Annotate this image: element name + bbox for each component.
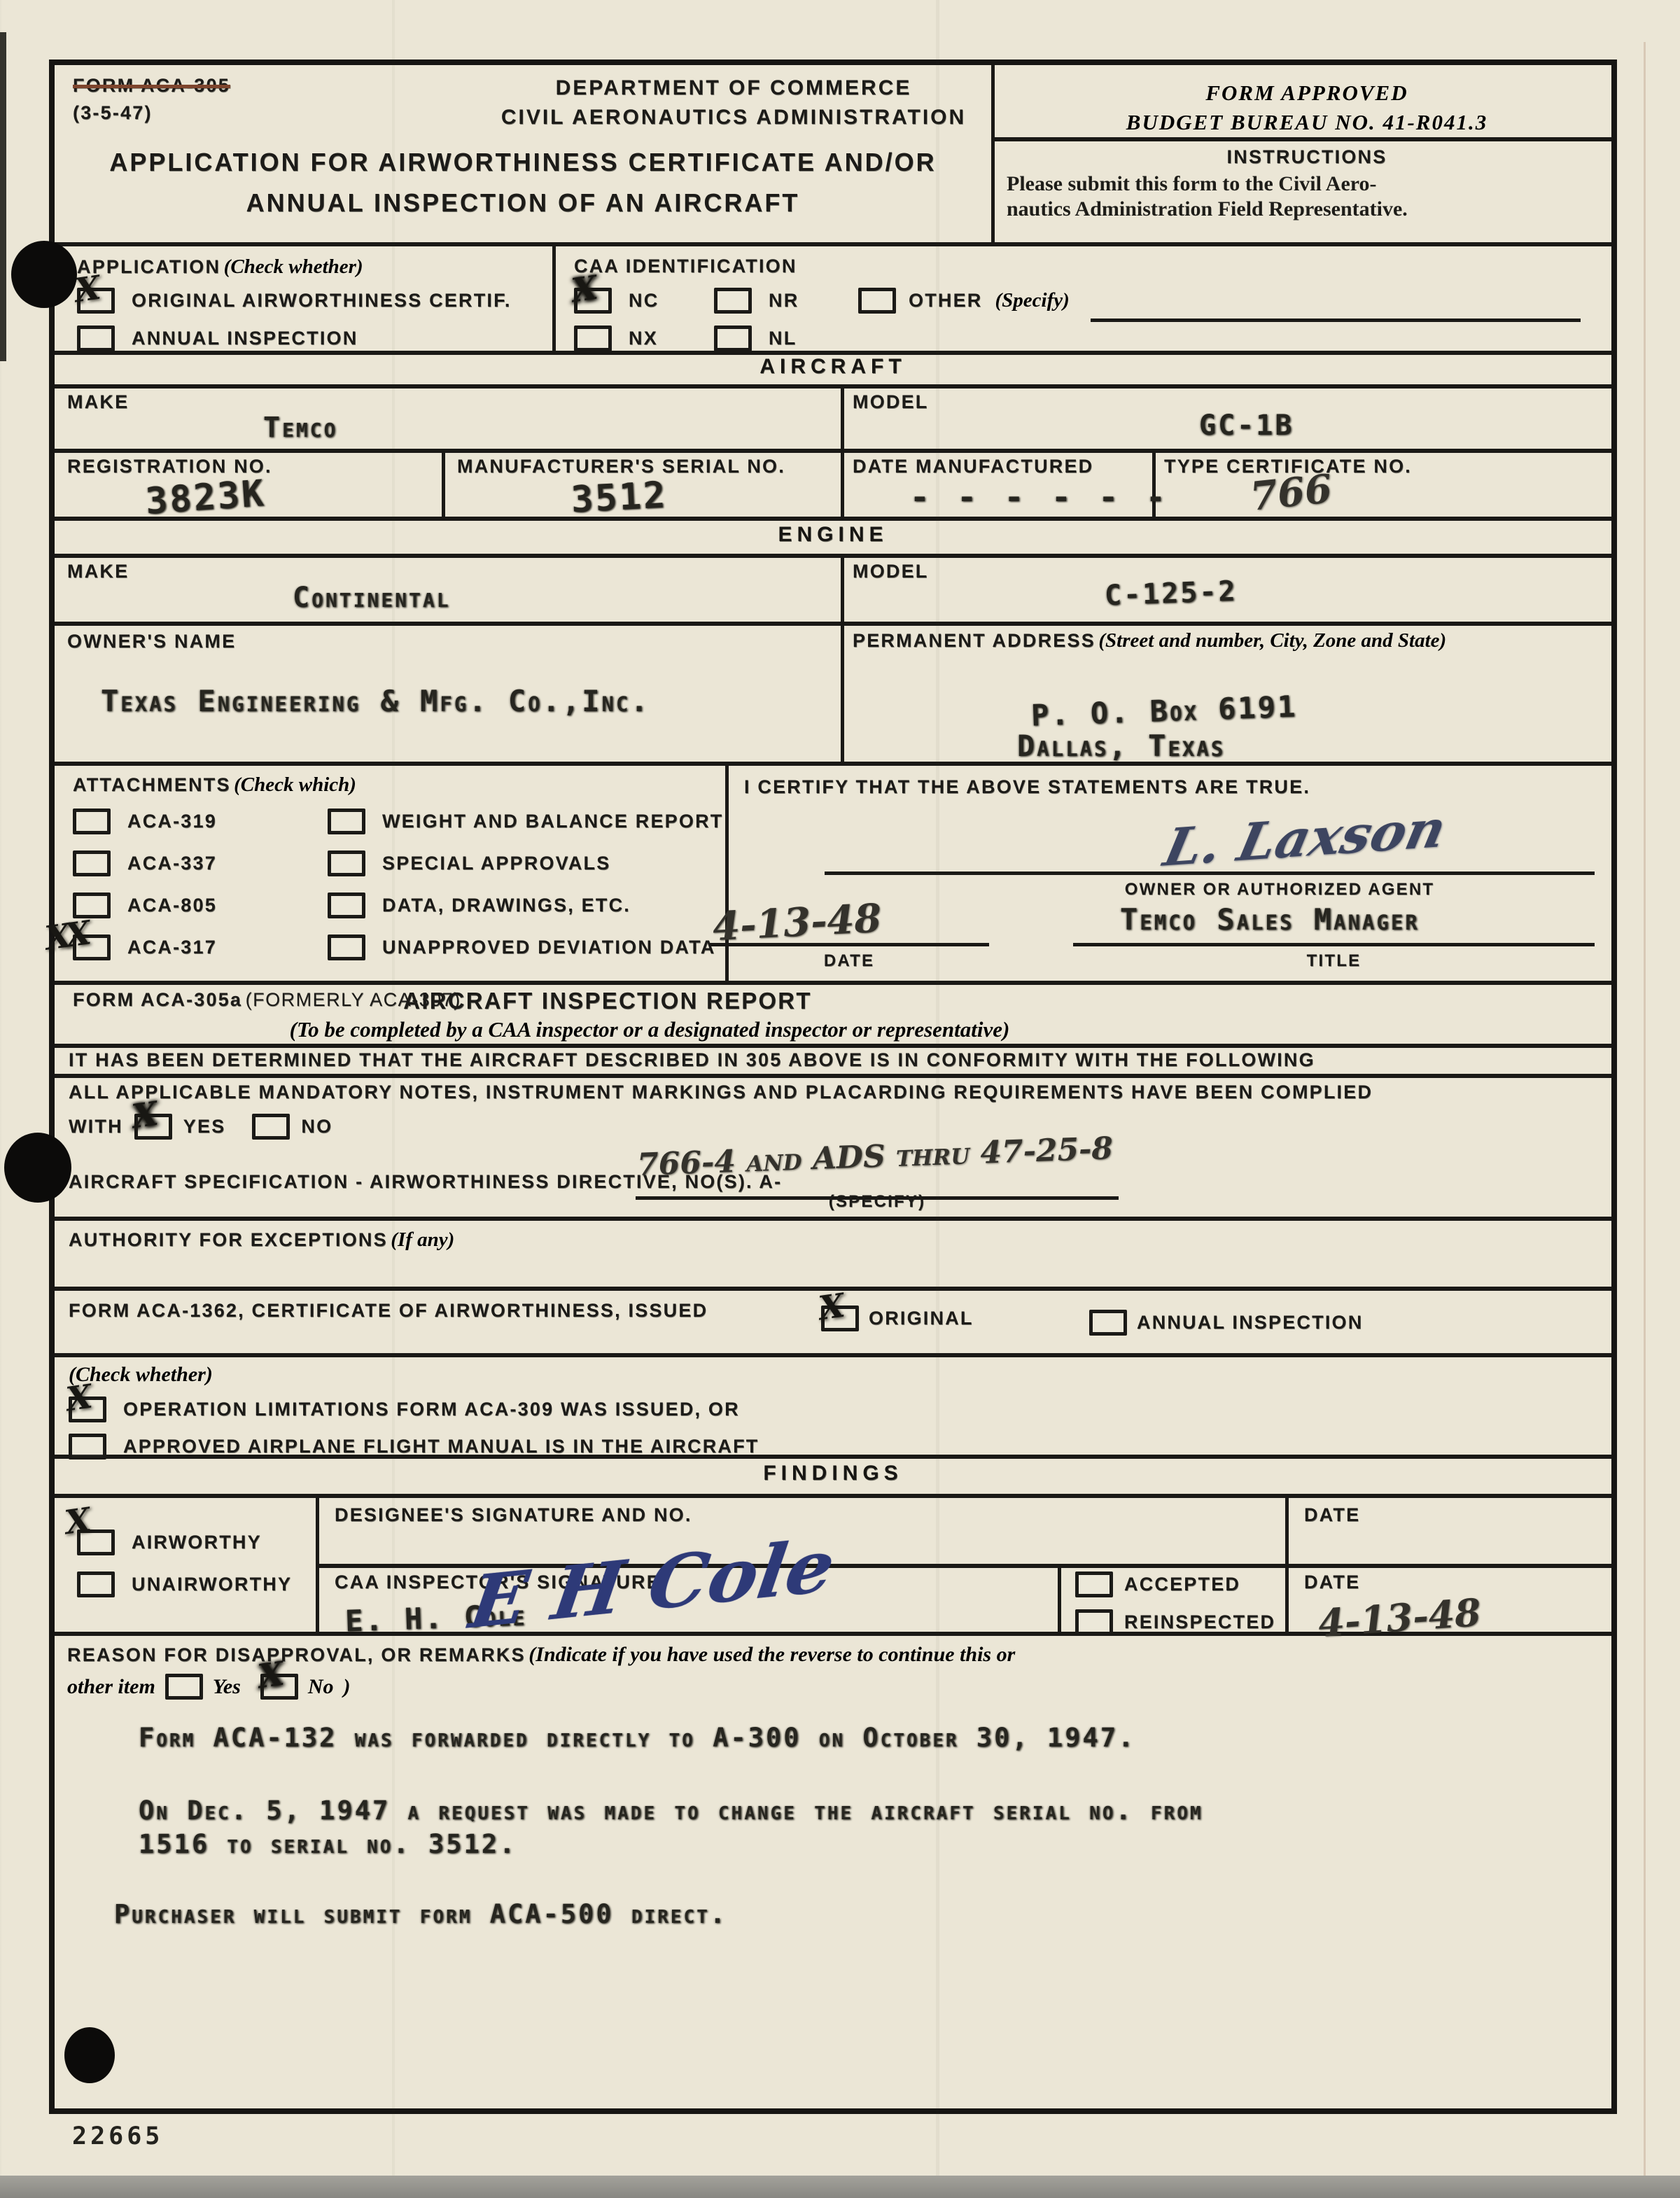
hole-punch [64, 2027, 115, 2083]
check-mark: X [130, 1098, 160, 1134]
serial-value: 3512 [570, 474, 668, 521]
form-title-line-1: APPLICATION FOR AIRWORTHINESS CERTIFICAT… [55, 148, 991, 177]
remarks-note-2: other item [67, 1675, 155, 1699]
remarks-note-1: (Indicate if you have used the reverse t… [528, 1643, 1015, 1666]
option-nx: NX [574, 325, 658, 351]
option-nr: NR [714, 288, 799, 314]
option-original-1362: X ORIGINAL [821, 1305, 974, 1331]
divider [55, 1353, 1611, 1357]
option-annual-1362: ANNUAL INSPECTION [1089, 1310, 1363, 1336]
checkbox: X [134, 1114, 172, 1140]
yes-label: Yes [213, 1675, 241, 1699]
form-revision-date: (3-5-47) [73, 102, 230, 124]
instructions-title: INSTRUCTIONS [991, 146, 1623, 168]
inspection-report-title: AIRCRAFT INSPECTION REPORT [321, 988, 895, 1014]
divider [316, 1494, 319, 1632]
divider [55, 384, 1611, 388]
permanent-address-label: PERMANENT ADDRESS (Street and number, Ci… [853, 629, 1602, 652]
option-flight-manual: APPROVED AIRPLANE FLIGHT MANUAL IS IN TH… [69, 1434, 759, 1459]
checkbox [714, 288, 752, 314]
owner-name-label: OWNER'S NAME [67, 631, 236, 652]
form-number-block: FORM ACA-305 (3-5-47) [73, 75, 230, 124]
signature-line [825, 871, 1595, 875]
option-airworthy: X AIRWORTHY [77, 1529, 262, 1555]
owner-name-value: Texas Engineering & Mfg. Co.,Inc. [101, 684, 650, 718]
option-label: ORIGINAL AIRWORTHINESS CERTIF. [132, 290, 512, 311]
divider [55, 622, 1611, 626]
checkbox [1089, 1310, 1127, 1336]
checkbox: XX [73, 934, 111, 960]
option-label: REINSPECTED [1124, 1611, 1275, 1633]
inspection-report-subtitle: (To be completed by a CAA inspector or a… [55, 1017, 1245, 1042]
divider [841, 449, 844, 517]
no-label: NO [301, 1116, 332, 1137]
checkbox [165, 1674, 203, 1700]
option-unairworthy: UNAIRWORTHY [77, 1571, 292, 1597]
remarks-line-4: Purchaser will submit form ACA-500 direc… [114, 1899, 727, 1929]
certification-date-value: 4-13-48 [711, 895, 882, 951]
engine-model-label: MODEL [853, 561, 929, 582]
option-label: NR [769, 290, 799, 311]
option-label: DATA, DRAWINGS, ETC. [382, 895, 631, 916]
designee-date-label: DATE [1304, 1504, 1360, 1526]
attachment-unapproved-deviation: UNAPPROVED DEVIATION DATA [328, 934, 716, 960]
aircraft-section-title: AIRCRAFT [55, 355, 1611, 379]
address-line-2: Dallas, Texas [1017, 729, 1225, 763]
title-label: TITLE [1073, 951, 1595, 971]
checkbox [252, 1114, 290, 1140]
option-label: OPERATION LIMITATIONS FORM ACA-309 WAS I… [123, 1399, 740, 1420]
option-label: SPECIAL APPROVALS [382, 853, 610, 874]
address-label-text: PERMANENT ADDRESS [853, 630, 1095, 651]
option-label: NL [769, 328, 797, 349]
engine-model-value: C-125-2 [1104, 575, 1238, 612]
form-aca-305: FORM ACA-305 (3-5-47) DEPARTMENT OF COMM… [49, 59, 1617, 2114]
checkbox [73, 850, 111, 876]
yes-label: YES [183, 1116, 226, 1137]
date-line [709, 943, 989, 946]
option-operation-limitations: X OPERATION LIMITATIONS FORM ACA-309 WAS… [69, 1396, 740, 1422]
option-other: OTHER (Specify) [858, 288, 1070, 314]
option-label: WEIGHT AND BALANCE REPORT [382, 811, 724, 832]
checkbox [77, 1571, 115, 1597]
remarks-line-3: 1516 to serial no. 3512. [139, 1829, 517, 1859]
inspector-date-value: 4-13-48 [1317, 1590, 1483, 1646]
date-manufactured-value: - - - - - - [910, 478, 1170, 516]
checkbox [858, 288, 896, 314]
scanned-document-page: FORM ACA-305 (3-5-47) DEPARTMENT OF COMM… [0, 0, 1680, 2198]
option-label: ANNUAL INSPECTION [132, 328, 358, 349]
divider [991, 137, 1611, 141]
agency-line-1: DEPARTMENT OF COMMERCE [489, 76, 979, 100]
check-mark: X [73, 272, 103, 308]
aca-305a-number: FORM ACA-305a [73, 989, 242, 1010]
divider [552, 242, 556, 351]
remarks-line-2: On Dec. 5, 1947 a request was made to ch… [139, 1795, 1203, 1826]
option-label: ACA-805 [127, 895, 217, 916]
remarks-line-1: Form ACA-132 was forwarded directly to A… [139, 1723, 1135, 1753]
checkbox [328, 934, 365, 960]
check-whether-note: (Check whether) [69, 1363, 213, 1387]
hole-punch [11, 241, 77, 308]
checkbox [328, 892, 365, 918]
option-label: ORIGINAL [869, 1308, 974, 1329]
address-note: (Street and number, City, Zone and State… [1098, 629, 1446, 652]
checkbox: X [821, 1305, 859, 1331]
caa-identification-label: CAA IDENTIFICATION [574, 255, 797, 277]
check-mark: X [63, 1504, 93, 1540]
check-mark: X [817, 1289, 847, 1326]
title-line [1073, 943, 1595, 946]
attachments-label-text: ATTACHMENTS [73, 774, 231, 795]
divider [841, 554, 844, 762]
form-number: FORM ACA-305 [73, 75, 230, 97]
checkbox: X [77, 288, 115, 314]
scan-edge-artifact [0, 2176, 1680, 2198]
checkbox [574, 325, 612, 351]
authority-exceptions-label: AUTHORITY FOR EXCEPTIONS (If any) [69, 1228, 454, 1252]
option-label: APPROVED AIRPLANE FLIGHT MANUAL IS IN TH… [123, 1436, 759, 1457]
divider [55, 554, 1611, 558]
attachment-aca-319: ACA-319 [73, 808, 217, 834]
address-line-1: P. O. Box 6191 [1030, 689, 1298, 732]
registration-value: 3823K [144, 472, 267, 523]
aircraft-make-label: MAKE [67, 391, 129, 413]
owner-agent-label: OWNER OR AUTHORIZED AGENT [1035, 880, 1525, 899]
check-mark: X [570, 272, 600, 308]
attachment-data-drawings: DATA, DRAWINGS, ETC. [328, 892, 631, 918]
scan-edge-artifact [0, 32, 6, 361]
checkbox [1075, 1571, 1113, 1597]
divider [55, 1044, 1611, 1048]
date-manufactured-label: DATE MANUFACTURED [853, 456, 1093, 477]
checkbox: X [77, 1529, 115, 1555]
hole-punch [4, 1133, 71, 1203]
agency-line-2: CIVIL AERONAUTICS ADMINISTRATION [489, 106, 979, 129]
aca-1362-statement: FORM ACA-1362, CERTIFICATE OF AIRWORTHIN… [69, 1300, 708, 1322]
attachments-note: (Check which) [234, 773, 356, 796]
checkbox [714, 325, 752, 351]
divider [55, 517, 1611, 521]
attachment-aca-337: ACA-337 [73, 850, 217, 876]
option-label: ANNUAL INSPECTION [1137, 1312, 1363, 1333]
divider [55, 1217, 1611, 1221]
with-label: WITH [69, 1116, 123, 1137]
attachment-aca-805: ACA-805 [73, 892, 217, 918]
owner-signature: L. Laxson [1158, 799, 1451, 878]
option-label: ACA-317 [127, 937, 217, 958]
option-label: OTHER [909, 290, 983, 311]
attachment-aca-317: XX ACA-317 [73, 934, 217, 960]
form-title-line-2: ANNUAL INSPECTION OF AN AIRCRAFT [55, 188, 991, 218]
application-label-text: APPLICATION [77, 256, 220, 277]
divider [55, 242, 1611, 246]
checkbox: X [69, 1396, 106, 1422]
serial-label: MANUFACTURER'S SERIAL NO. [457, 456, 785, 477]
attachment-special-approvals: SPECIAL APPROVALS [328, 850, 610, 876]
checkbox: X [260, 1674, 298, 1700]
instructions-box: INSTRUCTIONS Please submit this form to … [991, 146, 1623, 221]
checkbox: X [574, 288, 612, 314]
check-mark: XX [43, 917, 87, 955]
option-nc: X NC [574, 288, 659, 314]
remarks-yes-no-row: other item Yes X No ) [67, 1674, 351, 1700]
divider [55, 981, 1611, 985]
option-label: AIRWORTHY [132, 1532, 262, 1553]
check-mark: X [256, 1658, 286, 1694]
certify-statement: I CERTIFY THAT THE ABOVE STATEMENTS ARE … [744, 776, 1310, 798]
instructions-body-2: nautics Administration Field Representat… [1007, 197, 1623, 221]
certification-title-value: Temco Sales Manager [1120, 902, 1420, 937]
checkbox [328, 850, 365, 876]
divider [55, 762, 1611, 766]
checkbox [77, 325, 115, 351]
engine-make-label: MAKE [67, 561, 129, 582]
remarks-note-close: ) [344, 1675, 351, 1699]
option-label: NX [629, 328, 658, 349]
budget-bureau-no: BUDGET BUREAU NO. 41-R041.3 [991, 110, 1623, 135]
option-reinspected: REINSPECTED [1075, 1609, 1275, 1635]
aircraft-model-label: MODEL [853, 391, 929, 413]
option-label: NC [629, 290, 659, 311]
application-label: APPLICATION (Check whether) [77, 255, 363, 279]
specify-label: (SPECIFY) [636, 1192, 1119, 1212]
option-annual-inspection: ANNUAL INSPECTION [77, 325, 358, 351]
attachments-label: ATTACHMENTS (Check which) [73, 773, 356, 797]
checkbox [69, 1434, 106, 1459]
instructions-body-1: Please submit this form to the Civil Aer… [1007, 172, 1623, 196]
checkbox [1075, 1609, 1113, 1635]
type-certificate-value: 766 [1248, 465, 1334, 520]
designee-signature-label: DESIGNEE'S SIGNATURE AND NO. [335, 1504, 692, 1526]
other-specify-line [1091, 318, 1581, 322]
option-nl: NL [714, 325, 797, 351]
option-original-airworthiness: X ORIGINAL AIRWORTHINESS CERTIF. [77, 288, 512, 314]
aircraft-make-value: Temco [263, 412, 338, 444]
divider [841, 384, 844, 449]
determined-statement: IT HAS BEEN DETERMINED THAT THE AIRCRAFT… [69, 1049, 1315, 1071]
divider [55, 1074, 1611, 1078]
remarks-label-text: REASON FOR DISAPPROVAL, OR REMARKS [67, 1644, 526, 1665]
divider [55, 449, 1611, 453]
serial-stamp: 22665 [72, 2122, 163, 2150]
option-label: ACA-319 [127, 811, 217, 832]
form-title: APPLICATION FOR AIRWORTHINESS CERTIFICAT… [55, 148, 991, 218]
no-label: No [308, 1675, 334, 1699]
option-label: UNAIRWORTHY [132, 1574, 292, 1595]
authority-note: (If any) [391, 1228, 454, 1251]
inspector-date-label: DATE [1304, 1571, 1360, 1593]
engine-make-value: Continental [293, 582, 451, 614]
divider [442, 449, 445, 517]
option-label: ACCEPTED [1124, 1574, 1240, 1595]
divider [55, 1494, 1611, 1498]
check-mark: X [64, 1380, 94, 1417]
engine-section-title: ENGINE [55, 523, 1611, 547]
option-accepted: ACCEPTED [1075, 1571, 1240, 1597]
spec-directive-value: 766-4 and ADS thru 47-25-8 [636, 1130, 1113, 1183]
budget-approval-box: FORM APPROVED BUDGET BUREAU NO. 41-R041.… [991, 80, 1623, 135]
paper-crease [1644, 42, 1646, 2177]
date-label: DATE [709, 951, 989, 971]
checkbox [328, 808, 365, 834]
caa-inspector-signature: E H Cole [465, 1522, 840, 1645]
attachment-weight-balance: WEIGHT AND BALANCE REPORT [328, 808, 724, 834]
authority-label-text: AUTHORITY FOR EXCEPTIONS [69, 1229, 388, 1250]
complied-with-row: WITH X YES NO [69, 1114, 332, 1140]
divider [1058, 1564, 1061, 1632]
agency-heading: DEPARTMENT OF COMMERCE CIVIL AERONAUTICS… [489, 76, 979, 129]
checkbox [73, 808, 111, 834]
application-note: (Check whether) [224, 255, 363, 278]
remarks-label-line: REASON FOR DISAPPROVAL, OR REMARKS (Indi… [67, 1643, 1015, 1667]
option-note: (Specify) [995, 289, 1070, 312]
option-label: ACA-337 [127, 853, 217, 874]
divider [1285, 1494, 1289, 1632]
mandatory-notes-statement: ALL APPLICABLE MANDATORY NOTES, INSTRUME… [69, 1081, 1373, 1103]
option-label: UNAPPROVED DEVIATION DATA [382, 937, 716, 958]
aircraft-model-value: GC-1B [1199, 409, 1294, 442]
form-approved-line: FORM APPROVED [991, 80, 1623, 106]
findings-section-title: FINDINGS [55, 1462, 1611, 1485]
